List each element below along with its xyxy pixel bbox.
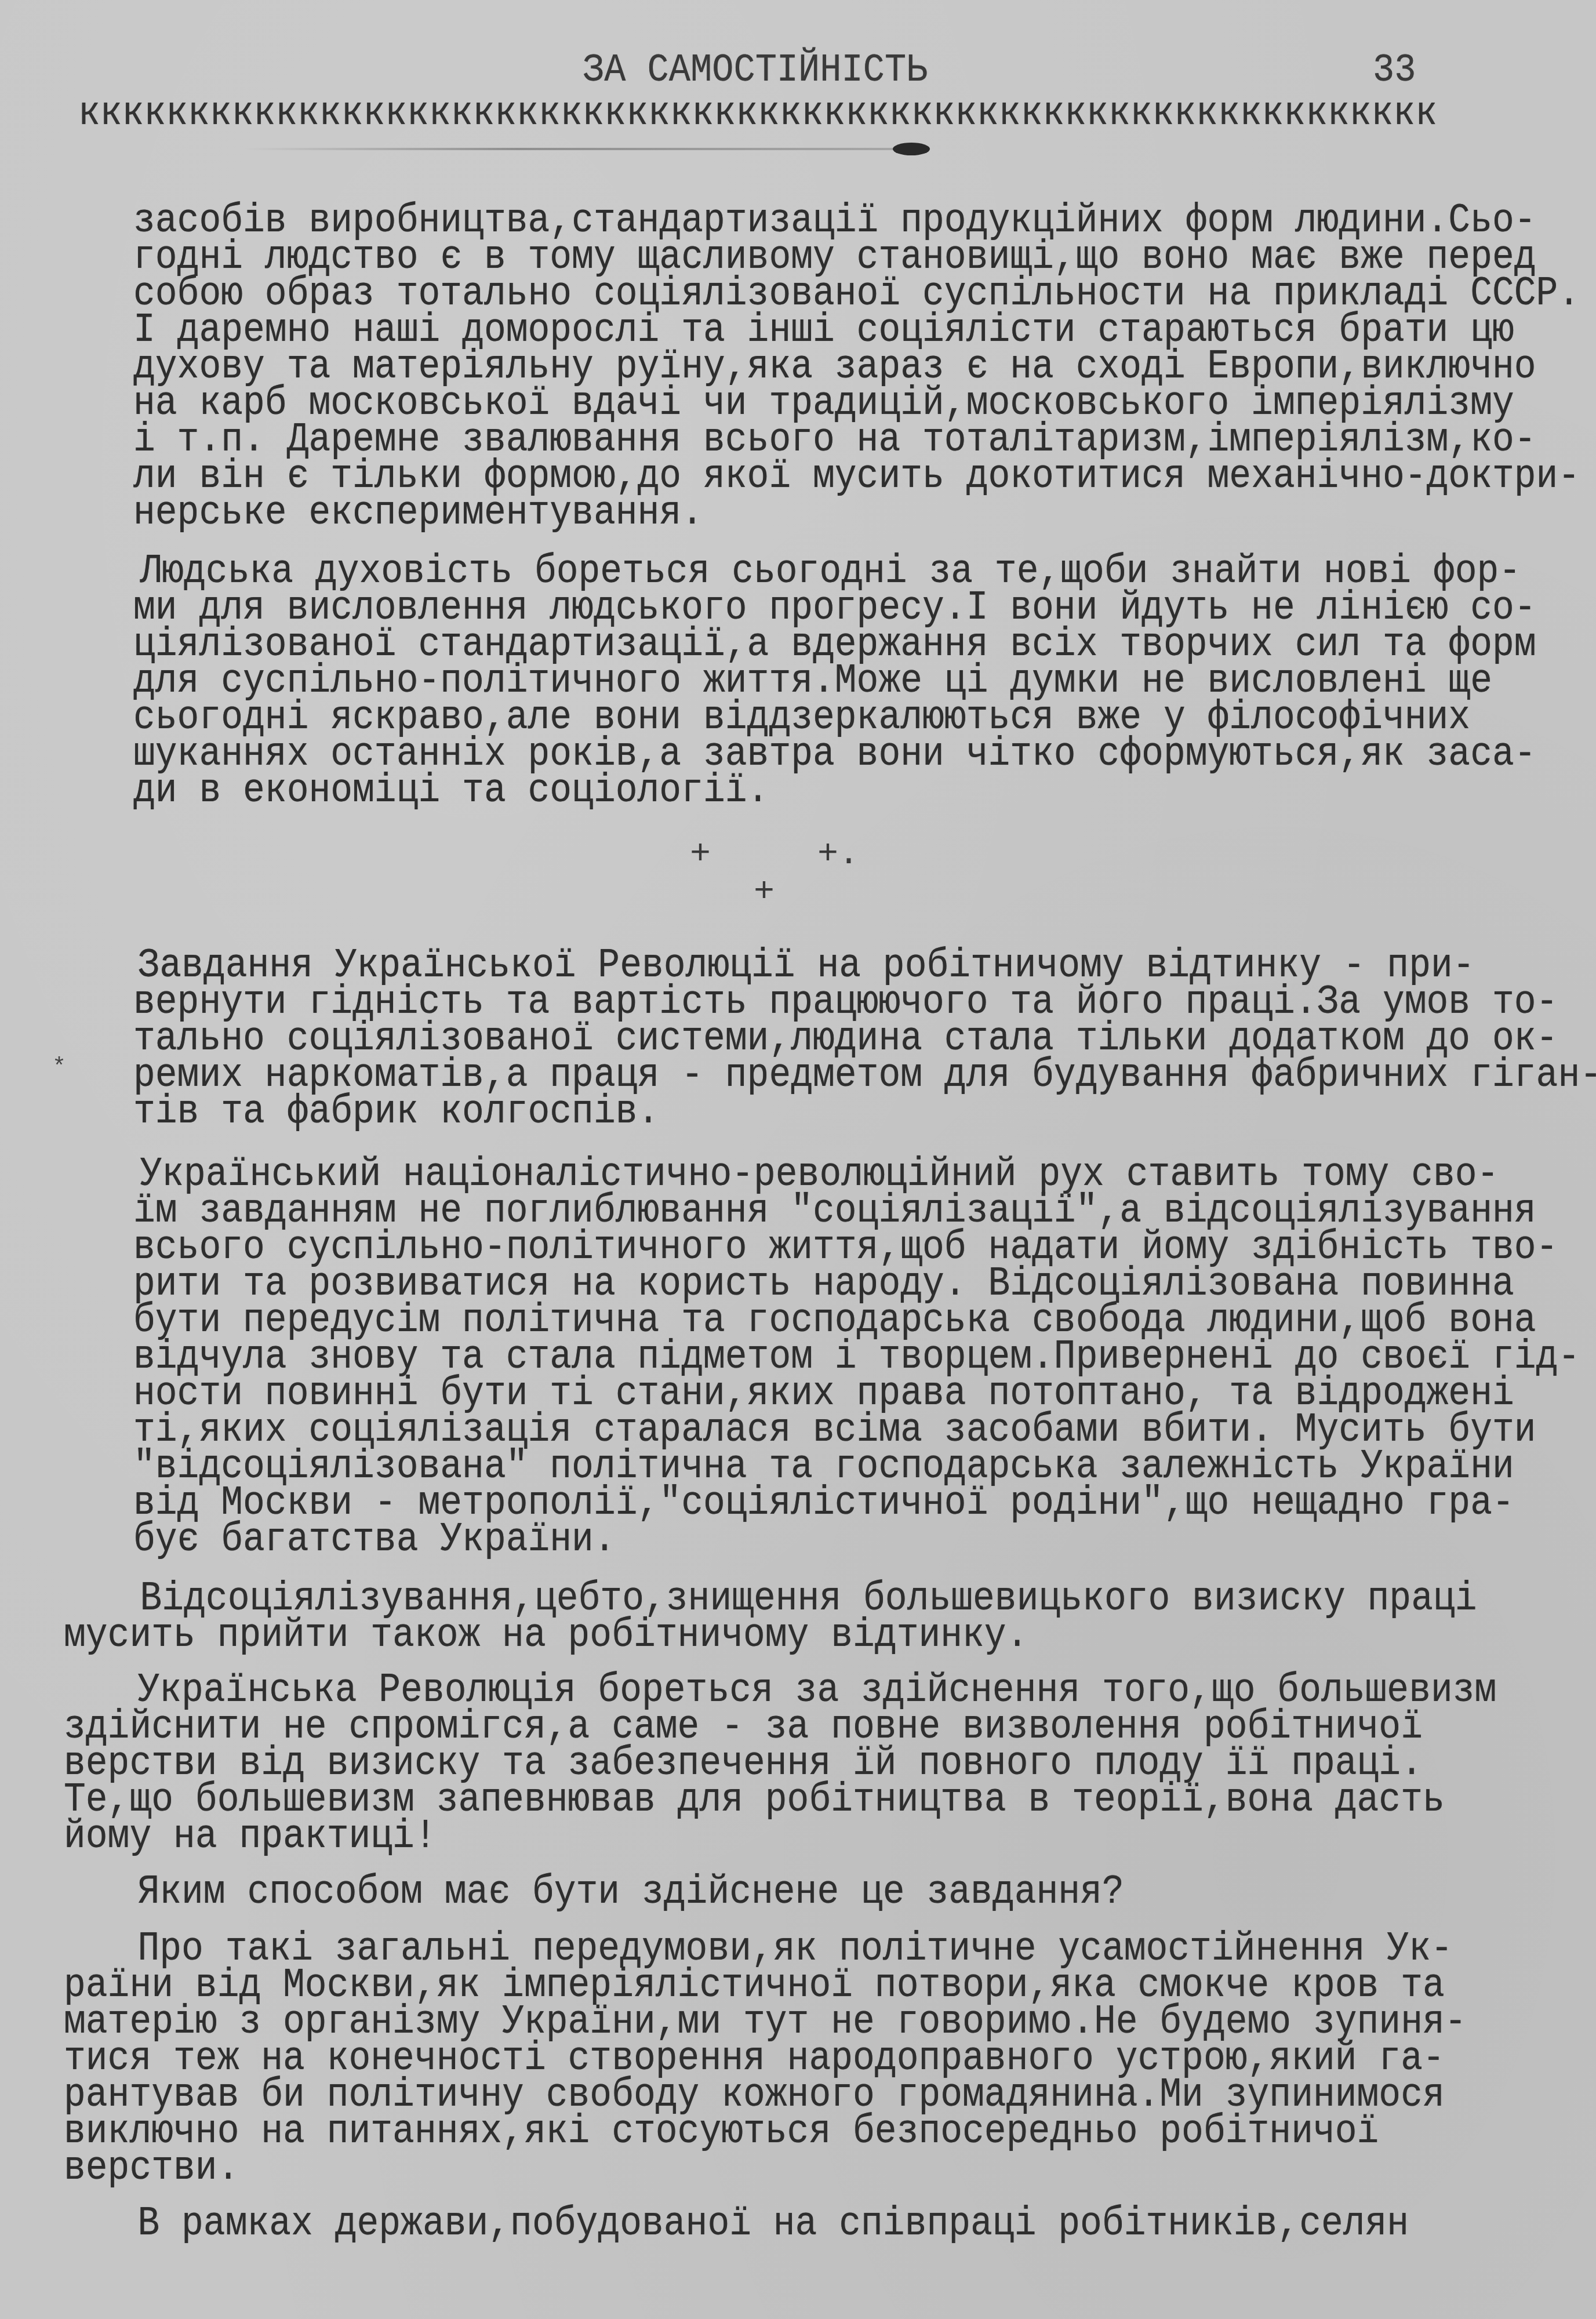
text-line: Яким способом має бути здійснене це завд… [72,1871,1124,1913]
margin-asterisk: * [52,1055,66,1081]
text-line: йому на практиці! [64,1816,437,1858]
section-separator-mark: + [754,873,775,912]
text-line: мусить прийти також на робітничому відти… [64,1615,1028,1656]
text-line: виключно на питаннях,які стосуються безп… [64,2111,1379,2153]
text-line: нерське експериментування. [133,492,703,534]
text-line: верстви. [64,2147,239,2189]
ink-smudge-line [243,148,928,150]
typewritten-page: ЗА САМОСТІЙНІСТЬ 33 кккккккккккккккккккк… [0,0,1596,2319]
section-separator-mark: + [690,835,711,874]
text-line: бує багатства України. [133,1519,616,1561]
section-separator-mark: +. [817,835,859,874]
header-rule-line: кккккккккккккккккккккккккккккккккккккккк… [78,93,1437,135]
ink-blot [893,143,930,155]
text-line: ди в економіці та соціології. [133,770,769,812]
page-number: 33 [1373,49,1416,91]
text-line: тів та фабрик колгоспів. [133,1091,659,1133]
text-line: В рамках держави,побудованої на співпрац… [72,2203,1409,2245]
page-header-title: ЗА САМОСТІЙНІСТЬ [583,49,928,91]
